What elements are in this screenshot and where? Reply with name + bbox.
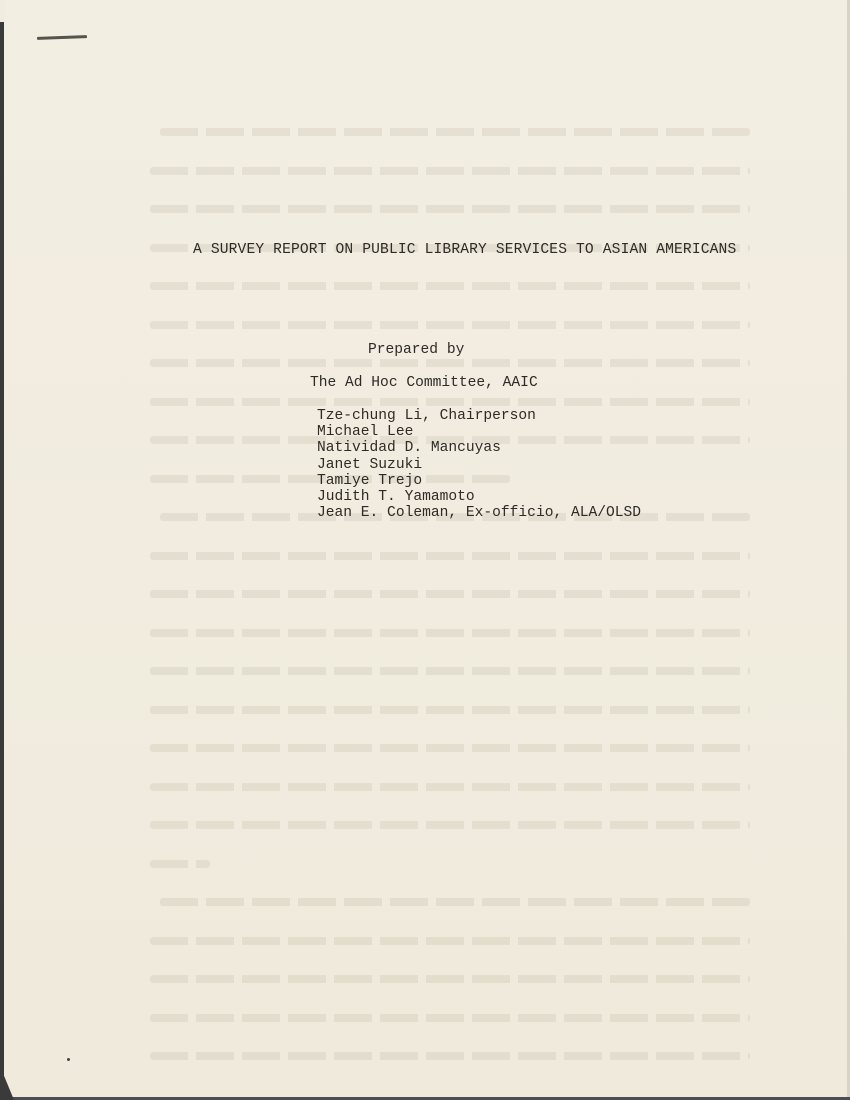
scan-left-edge-gap — [0, 0, 5, 22]
scanned-page: A SURVEY REPORT ON PUBLIC LIBRARY SERVIC… — [0, 0, 850, 1100]
committee-member: Judith T. Yamamoto — [317, 489, 641, 505]
scan-left-edge — [0, 0, 4, 1100]
committee-member: Jean E. Coleman, Ex-officio, ALA/OLSD — [317, 505, 641, 521]
committee-member: Michael Lee — [317, 424, 641, 440]
committee-member: Tze-chung Li, Chairperson — [317, 408, 641, 424]
page-corner-fold — [0, 1066, 14, 1100]
committee-member: Janet Suzuki — [317, 457, 641, 473]
committee-name: The Ad Hoc Committee, AAIC — [310, 375, 538, 391]
document-title: A SURVEY REPORT ON PUBLIC LIBRARY SERVIC… — [193, 242, 736, 258]
prepared-by-label: Prepared by — [368, 342, 464, 358]
committee-member: Natividad D. Mancuyas — [317, 440, 641, 456]
bleed-through-text — [150, 128, 750, 1091]
committee-member-list: Tze-chung Li, Chairperson Michael Lee Na… — [317, 408, 641, 521]
committee-member: Tamiye Trejo — [317, 473, 641, 489]
staple-mark — [37, 35, 87, 40]
dust-speck — [67, 1058, 70, 1061]
